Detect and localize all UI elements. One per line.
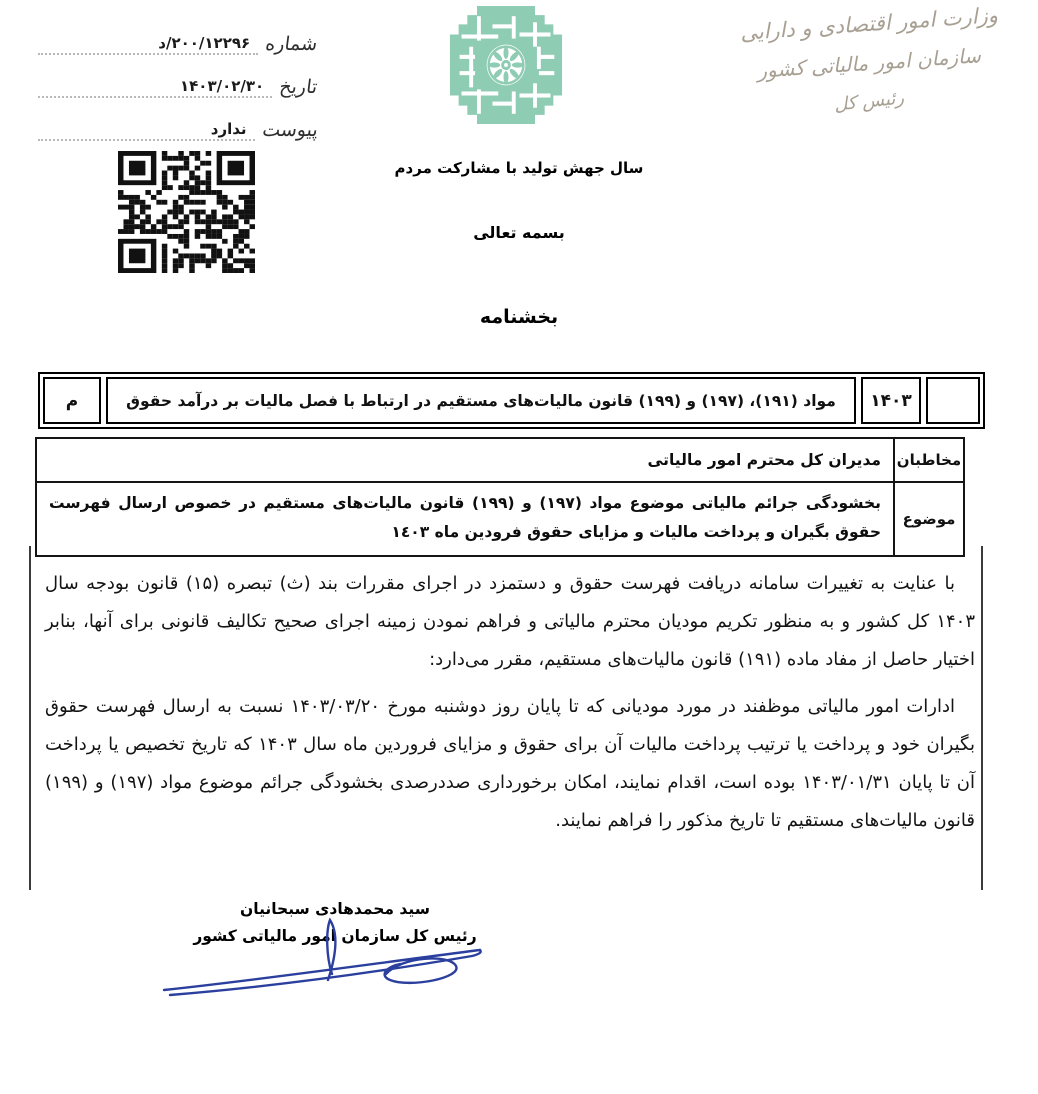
body-frame-left-line [29,546,31,890]
subject-value-cell: بخشودگی جرائم مالیاتی موضوع مواد (۱۹۷) و… [37,483,893,555]
classification-serial-cell: م [43,377,101,424]
ministry-letterhead: وزارت امور اقتصادی و دارایی سازمان امور … [716,12,1022,112]
classification-year-cell: ۱۴۰۳ [861,377,921,424]
document-number-value: ۲۰۰/۱۲۲۹۶/د [150,34,258,52]
date-dotted-line: ۱۴۰۳/۰۲/۳۰ [38,77,272,98]
number-dotted-line: ۲۰۰/۱۲۲۹۶/د [38,34,258,55]
document-date-value: ۱۴۰۳/۰۲/۳۰ [172,77,272,95]
document-number-row: شماره ۲۰۰/۱۲۲۹۶/د [38,12,316,55]
circular-body: با عنایت به تغییرات سامانه دریافت فهرست … [45,565,975,849]
document-attachment-value: ندارد [203,120,255,138]
bismillah-text: بسمه تعالی [0,223,1038,242]
classification-empty-cell [926,377,980,424]
ministry-line: وزارت امور اقتصادی و دارایی [716,1,1023,46]
document-type-title: بخشنامه [0,306,1038,328]
document-date-row: تاریخ ۱۴۰۳/۰۲/۳۰ [38,55,316,98]
recipients-value-cell: مدیران کل محترم امور مالیاتی [37,439,893,481]
classification-strip: ۱۴۰۳ مواد (۱۹۱)، (۱۹۷) و (۱۹۹) قانون مال… [38,372,985,429]
president-line: رئیس کل [716,75,1023,128]
circular-document-page: شماره ۲۰۰/۱۲۲۹۶/د تاریخ ۱۴۰۳/۰۲/۳۰ پیوست… [0,0,1038,1094]
attachment-dotted-line: ندارد [38,120,255,141]
classification-subject-cell: مواد (۱۹۱)، (۱۹۷) و (۱۹۹) قانون مالیات‌ه… [106,377,856,424]
handwritten-signature-icon [150,916,495,1006]
date-label: تاریخ [271,76,318,98]
subject-label-cell: موضوع [893,483,963,555]
attachment-label: پیوست [253,119,317,141]
document-attachment-row: پیوست ندارد [38,98,316,141]
recipients-row: مخاطبان مدیران کل محترم امور مالیاتی [37,439,963,481]
year-slogan: سال جهش تولید با مشارکت مردم [0,159,1038,177]
tax-organization-logo-icon [448,4,564,126]
recipients-subject-table: مخاطبان مدیران کل محترم امور مالیاتی موض… [35,437,965,557]
body-paragraph-2: ادارات امور مالیاتی موظفند در مورد مودیا… [45,688,975,840]
number-label: شماره [257,33,318,55]
body-frame-right-line [981,546,983,890]
recipients-label-cell: مخاطبان [893,439,963,481]
body-paragraph-1: با عنایت به تغییرات سامانه دریافت فهرست … [45,565,975,679]
subject-row: موضوع بخشودگی جرائم مالیاتی موضوع مواد (… [37,481,963,555]
document-meta-block: شماره ۲۰۰/۱۲۲۹۶/د تاریخ ۱۴۰۳/۰۲/۳۰ پیوست… [38,12,316,141]
